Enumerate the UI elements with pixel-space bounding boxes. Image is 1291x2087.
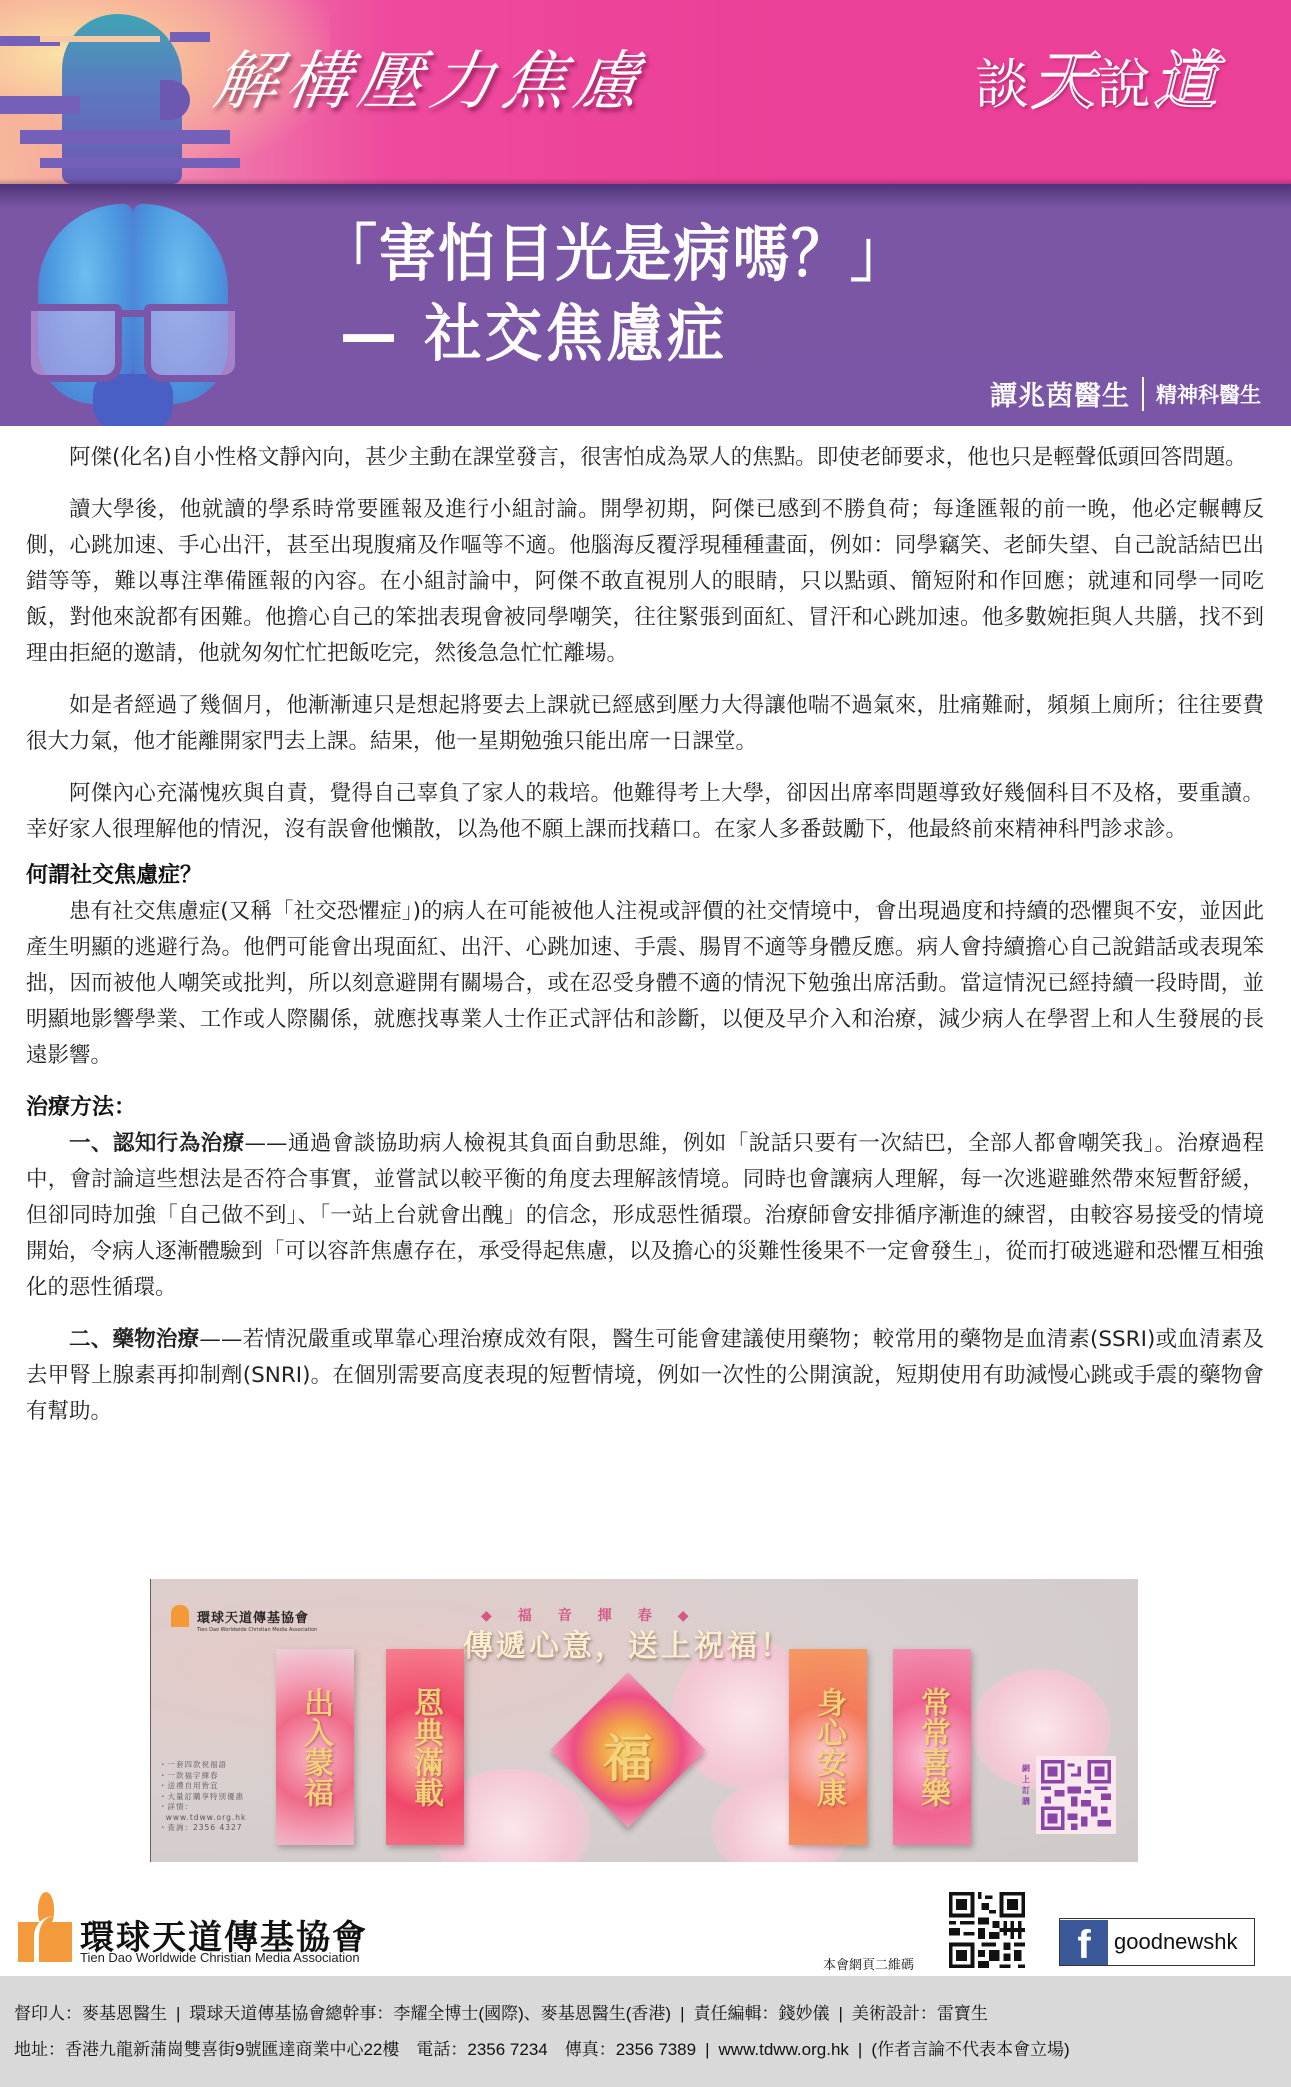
article-paragraph: 阿傑(化名)自小性格文靜內向，甚少主動在課堂發言，很害怕成為眾人的焦點。即使老師… xyxy=(26,440,1264,476)
publication-credits: 督印人：麥基恩醫生|環球天道傳基協會總幹事：李耀全博士(國際)、麥基恩醫生(香港… xyxy=(0,1976,1291,2087)
credit-divider: | xyxy=(680,2004,684,2023)
treatment-cbt-text: ——通過會談協助病人檢視其負面自動思維，例如「說話只要有一次結巴，全部人都會嘲笑… xyxy=(26,1131,1264,1300)
ad-feature: ・大量訂購享特別優惠 xyxy=(159,1792,246,1803)
credit-disclaimer: (作者言論不代表本會立場) xyxy=(871,2040,1069,2059)
glasses-lens xyxy=(24,304,122,382)
glitch-stripe xyxy=(40,158,240,168)
facebook-icon: f xyxy=(1060,1920,1108,1965)
article-paragraph: 讀大學後，他就讀的學系時常要匯報及進行小組討論。開學初期，阿傑已感到不勝負荷；每… xyxy=(26,492,1264,672)
glitch-stripe xyxy=(170,32,210,42)
couplet-card: 恩典滿載 xyxy=(386,1649,464,1845)
credit-general-secretary: 環球天道傳基協會總幹事：李耀全博士(國際)、麥基恩醫生(香港) xyxy=(189,2004,671,2023)
treatment-medication-text: ——若情況嚴重或單靠心理治療成效有限，醫生可能會建議使用藥物；較常用的藥物是血清… xyxy=(26,1327,1264,1424)
credit-divider: | xyxy=(705,2040,709,2059)
website-qr-caption: 本會網頁二維碼 xyxy=(823,1954,914,1973)
article-paragraph: 如是者經過了幾個月，他漸漸連只是想起將要去上課就已經感到壓力大得讓他喘不過氣來，… xyxy=(26,688,1264,760)
ad-headline: 傳遞心意，送上祝福！ xyxy=(463,1621,793,1665)
organization-footer: 環球天道傳基協會 Tien Dao Worldwide Christian Me… xyxy=(0,1880,1291,1976)
credits-line-1: 督印人：麥基恩醫生|環球天道傳基協會總幹事：李耀全博士(國際)、麥基恩醫生(香港… xyxy=(14,1996,1277,2032)
ad-feature-url[interactable]: www.tdww.org.hk xyxy=(159,1813,246,1824)
credit-art-design: 美術設計：雷寶生 xyxy=(852,2004,988,2023)
section-heading-treatment: 治療方法： xyxy=(26,1090,1264,1126)
glitch-stripe xyxy=(20,130,230,144)
column-name-char: 天 xyxy=(1031,45,1097,119)
banner-title: 解構壓力焦慮 xyxy=(209,30,654,122)
glitch-stripe xyxy=(40,36,160,42)
credit-divider: | xyxy=(839,2004,843,2023)
org-flame-logo-icon xyxy=(171,1605,189,1627)
column-banner: 解構壓力焦慮 談天說道 xyxy=(0,0,1291,184)
author-role: 精神科醫生 xyxy=(1156,379,1261,409)
facebook-page-link[interactable]: f goodnewshk xyxy=(1059,1918,1255,1966)
column-name-char: 說 xyxy=(1097,53,1153,116)
ad-org-logo: 環球天道傳基協會 Tien Dao Worldwide Christian Me… xyxy=(171,1605,309,1627)
treatment-medication: 二、藥物治療——若情況嚴重或單靠心理治療成效有限，醫生可能會建議使用藥物；較常用… xyxy=(26,1322,1264,1430)
article-title-band: 「害怕目光是病嗎？」 — 社交焦慮症 譚兆茵醫生 精神科醫生 xyxy=(0,184,1291,426)
ad-org-name-en: Tien Dao Worldwide Christian Media Assoc… xyxy=(197,1627,317,1633)
glasses-icon xyxy=(24,304,242,386)
credit-editor: 責任編輯：錢妙儀 xyxy=(694,2004,830,2023)
ad-org-name: 環球天道傳基協會 xyxy=(197,1607,309,1626)
glitch-stripe xyxy=(0,96,80,114)
byline-divider xyxy=(1142,377,1144,411)
website-qr-code-icon[interactable] xyxy=(948,1892,1026,1968)
treatment-medication-label: 二、藥物治療 xyxy=(69,1327,199,1352)
ad-feature-phone: ・查詢：2356 4327 xyxy=(159,1823,246,1834)
credit-website-link[interactable]: www.tdww.org.hk xyxy=(719,2040,849,2059)
glasses-lens xyxy=(144,304,242,382)
author-name: 譚兆茵醫生 xyxy=(990,374,1130,413)
article-title: 「害怕目光是病嗎？」 xyxy=(320,216,909,292)
org-flame-logo-icon xyxy=(18,1892,72,1962)
author-byline: 譚兆茵醫生 精神科醫生 xyxy=(990,374,1261,413)
brain-with-glasses-icon xyxy=(38,204,228,426)
glasses-bridge xyxy=(120,310,146,317)
ad-feature-list: ・一套四款祝福語 ・一款福字揮春 ・送禮自用皆宜 ・大量訂購享特別優惠 ・詳情：… xyxy=(159,1760,246,1834)
ad-feature: ・一款福字揮春 xyxy=(159,1771,246,1782)
fu-character: 福 xyxy=(598,1719,658,1791)
credit-address-phone-fax: 地址：香港九龍新蒲崗雙喜街9號匯達商業中心22樓 電話：2356 7234 傳真… xyxy=(14,2040,696,2059)
facebook-handle: goodnewshk xyxy=(1114,1929,1238,1955)
article-paragraph: 患有社交焦慮症(又稱「社交恐懼症」)的病人在可能被他人注視或評價的社交情境中，會… xyxy=(26,894,1264,1074)
column-name-char: 談 xyxy=(975,53,1031,116)
credit-divider: | xyxy=(858,2040,862,2059)
couplet-card: 常常喜樂 xyxy=(893,1649,971,1845)
column-name-char: 道 xyxy=(1153,45,1219,119)
order-qr-code-icon[interactable] xyxy=(1036,1756,1116,1834)
ad-feature: ・送禮自用皆宜 xyxy=(159,1781,246,1792)
ad-feature: ・一套四款祝福語 xyxy=(159,1760,246,1771)
online-order-label: 網上訂購 xyxy=(1020,1763,1032,1807)
ad-feature: ・詳情： xyxy=(159,1802,246,1813)
credit-divider: | xyxy=(176,2004,180,2023)
couplet-card: 身心安康 xyxy=(789,1649,867,1845)
article-body: 阿傑(化名)自小性格文靜內向，甚少主動在課堂發言，很害怕成為眾人的焦點。即使老師… xyxy=(26,440,1264,1446)
credits-line-2: 地址：香港九龍新蒲崗雙喜街9號匯達商業中心22樓 電話：2356 7234 傳真… xyxy=(14,2032,1277,2068)
couplet-card: 出入蒙福 xyxy=(276,1649,354,1845)
credit-publisher: 督印人：麥基恩醫生 xyxy=(14,2004,167,2023)
section-heading-what-is: 何謂社交焦慮症？ xyxy=(26,858,1264,894)
article-paragraph: 阿傑內心充滿愧疚與自責，覺得自己辜負了家人的栽培。他難得考上大學，卻因出席率問題… xyxy=(26,776,1264,848)
org-name-en: Tien Dao Worldwide Christian Media Assoc… xyxy=(80,1950,360,1965)
treatment-cbt-label: 一、認知行為治療 xyxy=(69,1131,245,1156)
column-name-logo: 談天說道 xyxy=(975,30,1219,122)
article-subtitle: — 社交焦慮症 xyxy=(340,296,728,372)
treatment-cbt: 一、認知行為治療——通過會談協助病人檢視其負面自動思維，例如「說話只要有一次結巴… xyxy=(26,1126,1264,1306)
spring-couplet-ad[interactable]: 環球天道傳基協會 Tien Dao Worldwide Christian Me… xyxy=(150,1579,1138,1862)
